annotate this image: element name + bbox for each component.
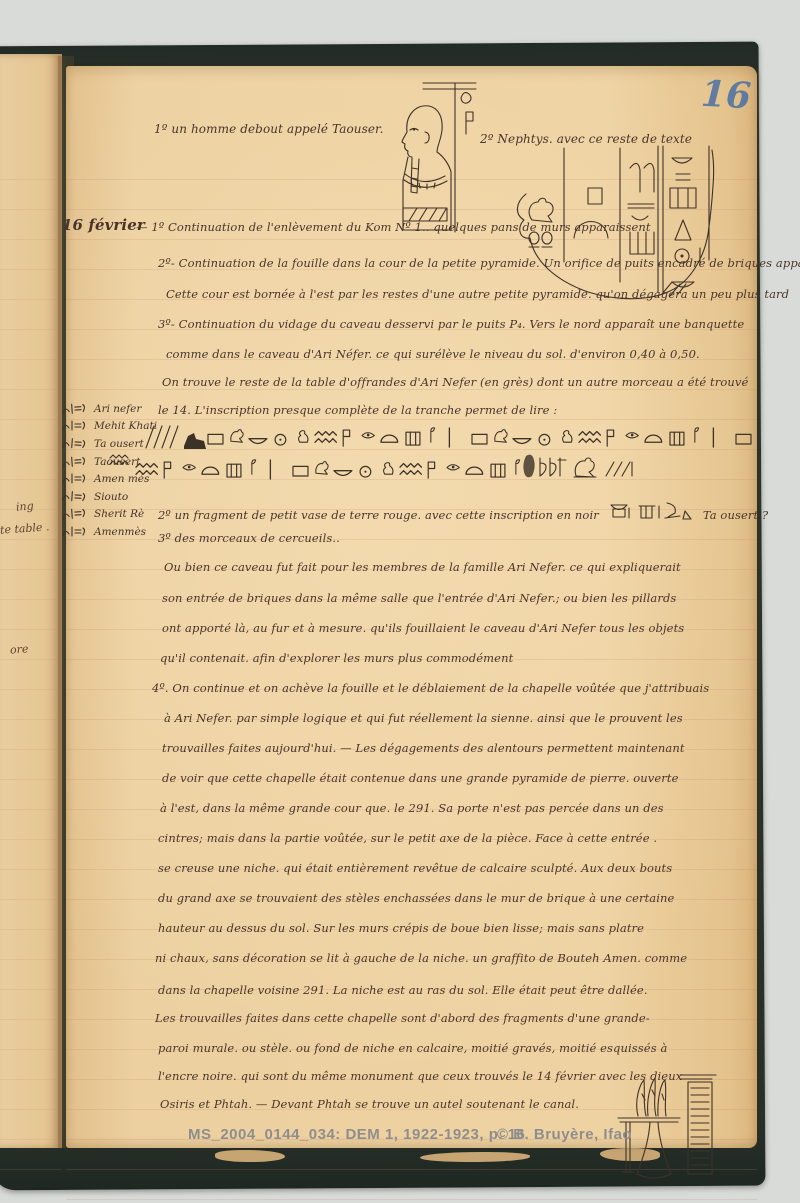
margin-hieroglyph-icon: [62, 454, 90, 470]
journal-line: Osiris et Phtah. — Devant Phtah se trouv…: [160, 1097, 579, 1111]
journal-line: ni chaux, sans décoration se lit à gauch…: [155, 951, 687, 965]
margin-hieroglyph-icon: [62, 401, 90, 417]
journal-line: trouvailles faites aujourd'hui. — Les dé…: [162, 741, 685, 755]
ruled-lines-left: [0, 150, 62, 1190]
margin-name-label: Amenmès: [94, 526, 146, 538]
journal-line: du grand axe se trouvaient des stèles en…: [158, 891, 674, 905]
journal-line-vase: 2º un fragment de petit vase de terre ro…: [158, 498, 768, 522]
margin-hieroglyph-icon: [62, 436, 90, 452]
margin-hieroglyph-icon: [62, 506, 90, 522]
vase-line-prefix: 2º un fragment de petit vase de terre ro…: [158, 508, 599, 522]
copyright-notice: © B. Bruyère, Ifao: [497, 1126, 632, 1143]
previous-page-edge: [0, 54, 62, 1148]
margin-name: Siouto: [62, 488, 157, 506]
journal-line: comme dans le caveau d'Ari Néfer. ce qui…: [166, 347, 700, 361]
ragged-page-edge: [215, 1150, 285, 1162]
vase-line-suffix: Ta ousert ?: [703, 508, 768, 522]
journal-line: se creuse une niche. qui était entièreme…: [158, 861, 672, 875]
journal-line: de voir que cette chapelle était contenu…: [162, 771, 679, 785]
journal-line: Ou bien ce caveau fut fait pour les memb…: [164, 560, 681, 574]
archive-reference: MS_2004_0144_034: DEM 1, 1922-1923, p. 1…: [188, 1126, 525, 1143]
journal-line: On trouve le reste de la table d'offrand…: [162, 375, 748, 389]
journal-line: ont apporté là, au fur et à mesure. qu'i…: [162, 621, 684, 635]
journal-line: 4º. On continue et on achève la fouille …: [152, 681, 709, 695]
journal-line: son entrée de briques dans la même salle…: [162, 591, 676, 605]
entry-date: 16 février: [62, 216, 145, 234]
journal-line: à Ari Nefer. par simple logique et qui f…: [164, 711, 683, 725]
journal-line: à l'est, dans la même grande cour que. l…: [160, 801, 664, 815]
journal-line: qu'il contenait. afin d'explorer les mur…: [160, 651, 513, 665]
journal-line: 3º des morceaux de cercueils..: [158, 531, 340, 545]
facing-page-text-fragment: ore: [10, 642, 29, 656]
margin-name-label: Ari nefer: [94, 403, 141, 415]
nephthys-fragment-sketch: [512, 142, 717, 312]
vase-glyphs-sketch: [607, 498, 695, 522]
page-number: 16: [700, 73, 752, 118]
margin-hieroglyph-icon: [62, 418, 90, 434]
caption-man-figure: 1º un homme debout appelé Taouser.: [154, 122, 384, 136]
journal-line: cintres; mais dans la partie voûtée, sur…: [158, 831, 657, 845]
margin-hieroglyph-icon: [62, 471, 90, 487]
margin-name-label: Siouto: [94, 491, 128, 503]
journal-line: hauteur au dessus du sol. Sur les murs c…: [158, 921, 644, 935]
journal-line: paroi murale. ou stèle. ou fond de niche…: [158, 1041, 667, 1055]
margin-name: Amenmès: [62, 523, 157, 541]
margin-hieroglyph-icon: [62, 524, 90, 540]
journal-line: 3º- Continuation du vidage du caveau des…: [158, 317, 744, 331]
margin-name: Sherit Rè: [62, 506, 157, 524]
journal-line: dans la chapelle voisine 291. La niche e…: [158, 983, 648, 997]
journal-line: Les trouvailles faites dans cette chapel…: [155, 1011, 650, 1025]
facing-page-text-fragment: ing: [16, 499, 35, 513]
margin-name-label: Sherit Rè: [94, 508, 144, 520]
margin-hieroglyph-icon: [62, 489, 90, 505]
journal-line: l'encre noire. qui sont du même monument…: [158, 1069, 682, 1083]
altar-sketch: [616, 1070, 734, 1182]
ptah-figure-sketch: [393, 80, 478, 240]
hieroglyph-inscription-sketch: [108, 414, 763, 489]
scanned-notebook-page: 16 1º un homme debout appelé Taouser. 2º…: [0, 0, 800, 1203]
